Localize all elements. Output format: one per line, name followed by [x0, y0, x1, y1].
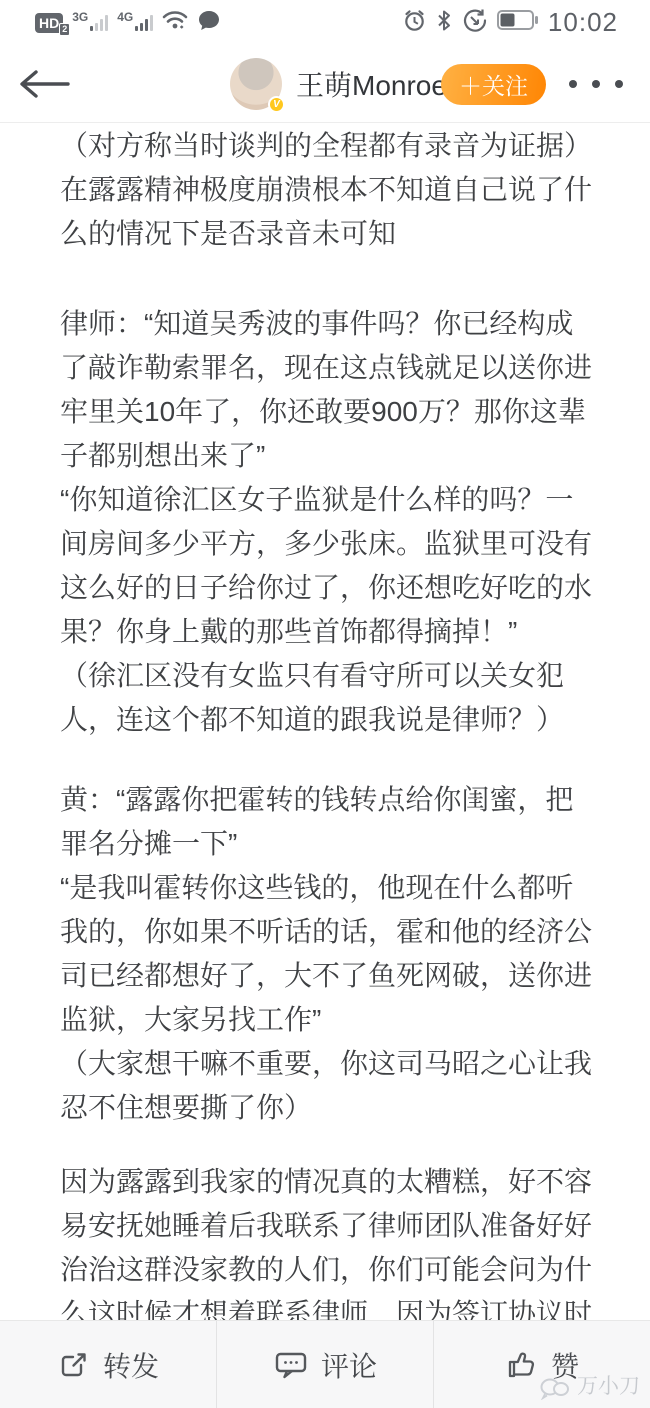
sim2-badge: 2 [59, 23, 70, 36]
back-button[interactable] [0, 45, 90, 123]
battery-icon [497, 9, 539, 36]
dot-icon [592, 80, 600, 88]
profile-summary[interactable]: V 王萌Monroe [230, 58, 447, 110]
article-paragraph: 因为露露到我家的情况真的太糟糕，好不容易安抚她睡着后我联系了律师团队准备好好治治… [60, 1160, 595, 1320]
repost-label: 转发 [103, 1345, 159, 1385]
repost-button[interactable]: 转发 [0, 1321, 216, 1408]
status-left-cluster: HD 2 3G 4G [35, 8, 221, 37]
signal-3g: 3G [72, 15, 108, 31]
hd-label: HD [39, 15, 59, 31]
clock-time: 10:02 [548, 7, 618, 38]
more-options-button[interactable] [560, 70, 632, 98]
signal-bars-icon [135, 15, 153, 31]
article-body[interactable]: （对方称当时谈判的全程都有录音为证据） 在露露精神极度崩溃根本不知道自己说了什么… [0, 124, 650, 1320]
verified-badge: V [268, 96, 285, 113]
status-right-cluster: 10:02 [402, 7, 618, 38]
phone-screen: HD 2 3G 4G [0, 0, 650, 1408]
header-bar: V 王萌Monroe ＋关注 [0, 45, 650, 123]
bottom-action-bar: 转发 评论 赞 万小刀 [0, 1320, 650, 1408]
comment-button[interactable]: 评论 [216, 1321, 433, 1408]
comment-label: 评论 [321, 1345, 377, 1385]
net-4g-label: 4G [117, 10, 133, 24]
back-arrow-icon [16, 68, 74, 100]
final-paragraph-block: 因为露露到我家的情况真的太糟糕，好不容易安抚她睡着后我联系了律师团队准备好好治治… [60, 1160, 595, 1320]
lawyer-quote-block: 律师：“知道吴秀波的事件吗？你已经构成了敲诈勒索罪名，现在这点钱就足以送你进牢里… [60, 302, 595, 742]
article-paragraph: “你知道徐汇区女子监狱是什么样的吗？一间房间多少平方，多少张床。监狱里可没有这么… [60, 478, 595, 654]
signal-bars-icon [90, 15, 108, 31]
article-paragraph: 律师：“知道吴秀波的事件吗？你已经构成了敲诈勒索罪名，现在这点钱就足以送你进牢里… [60, 302, 595, 478]
article-paragraph: “是我叫霍转你这些钱的，他现在什么都听我的，你如果不听话的话，霍和他的经济公司已… [60, 866, 595, 1042]
hd-voice-icon: HD 2 [35, 13, 63, 33]
net-3g-label: 3G [72, 10, 88, 24]
bluetooth-icon [436, 8, 452, 38]
thumbs-up-icon [505, 1348, 539, 1382]
huang-quote-block: 黄：“露露你把霍转的钱转点给你闺蜜，把罪名分摊一下” “是我叫霍转你这些钱的，他… [60, 778, 595, 1130]
article-paragraph: （徐汇区没有女监只有看守所可以关女犯人，连这个都不知道的跟我说是律师？） [60, 654, 595, 742]
like-button[interactable]: 赞 [433, 1321, 650, 1408]
dot-icon [615, 80, 623, 88]
comment-icon [273, 1348, 309, 1382]
status-bar: HD 2 3G 4G [0, 0, 650, 45]
dot-icon [569, 80, 577, 88]
alarm-icon [402, 8, 427, 38]
article-paragraph: 黄：“露露你把霍转的钱转点给你闺蜜，把罪名分摊一下” [60, 778, 595, 866]
wifi-icon [162, 8, 188, 37]
article-paragraph: （大家想干嘛不重要，你这司马昭之心让我忍不住想要撕了你） [60, 1042, 595, 1130]
like-label: 赞 [551, 1345, 579, 1385]
data-sync-icon [461, 8, 488, 38]
chat-bubble-icon [197, 9, 221, 37]
clipped-text-line: （对方称当时谈判的全程都有录音为证据） [60, 124, 595, 168]
article-paragraph: 在露露精神极度崩溃根本不知道自己说了什么的情况下是否录音未可知 [60, 168, 595, 256]
follow-button[interactable]: ＋关注 [441, 64, 546, 105]
repost-icon [57, 1348, 91, 1382]
avatar[interactable]: V [230, 58, 282, 110]
signal-4g: 4G [117, 15, 153, 31]
username: 王萌Monroe [296, 64, 447, 104]
